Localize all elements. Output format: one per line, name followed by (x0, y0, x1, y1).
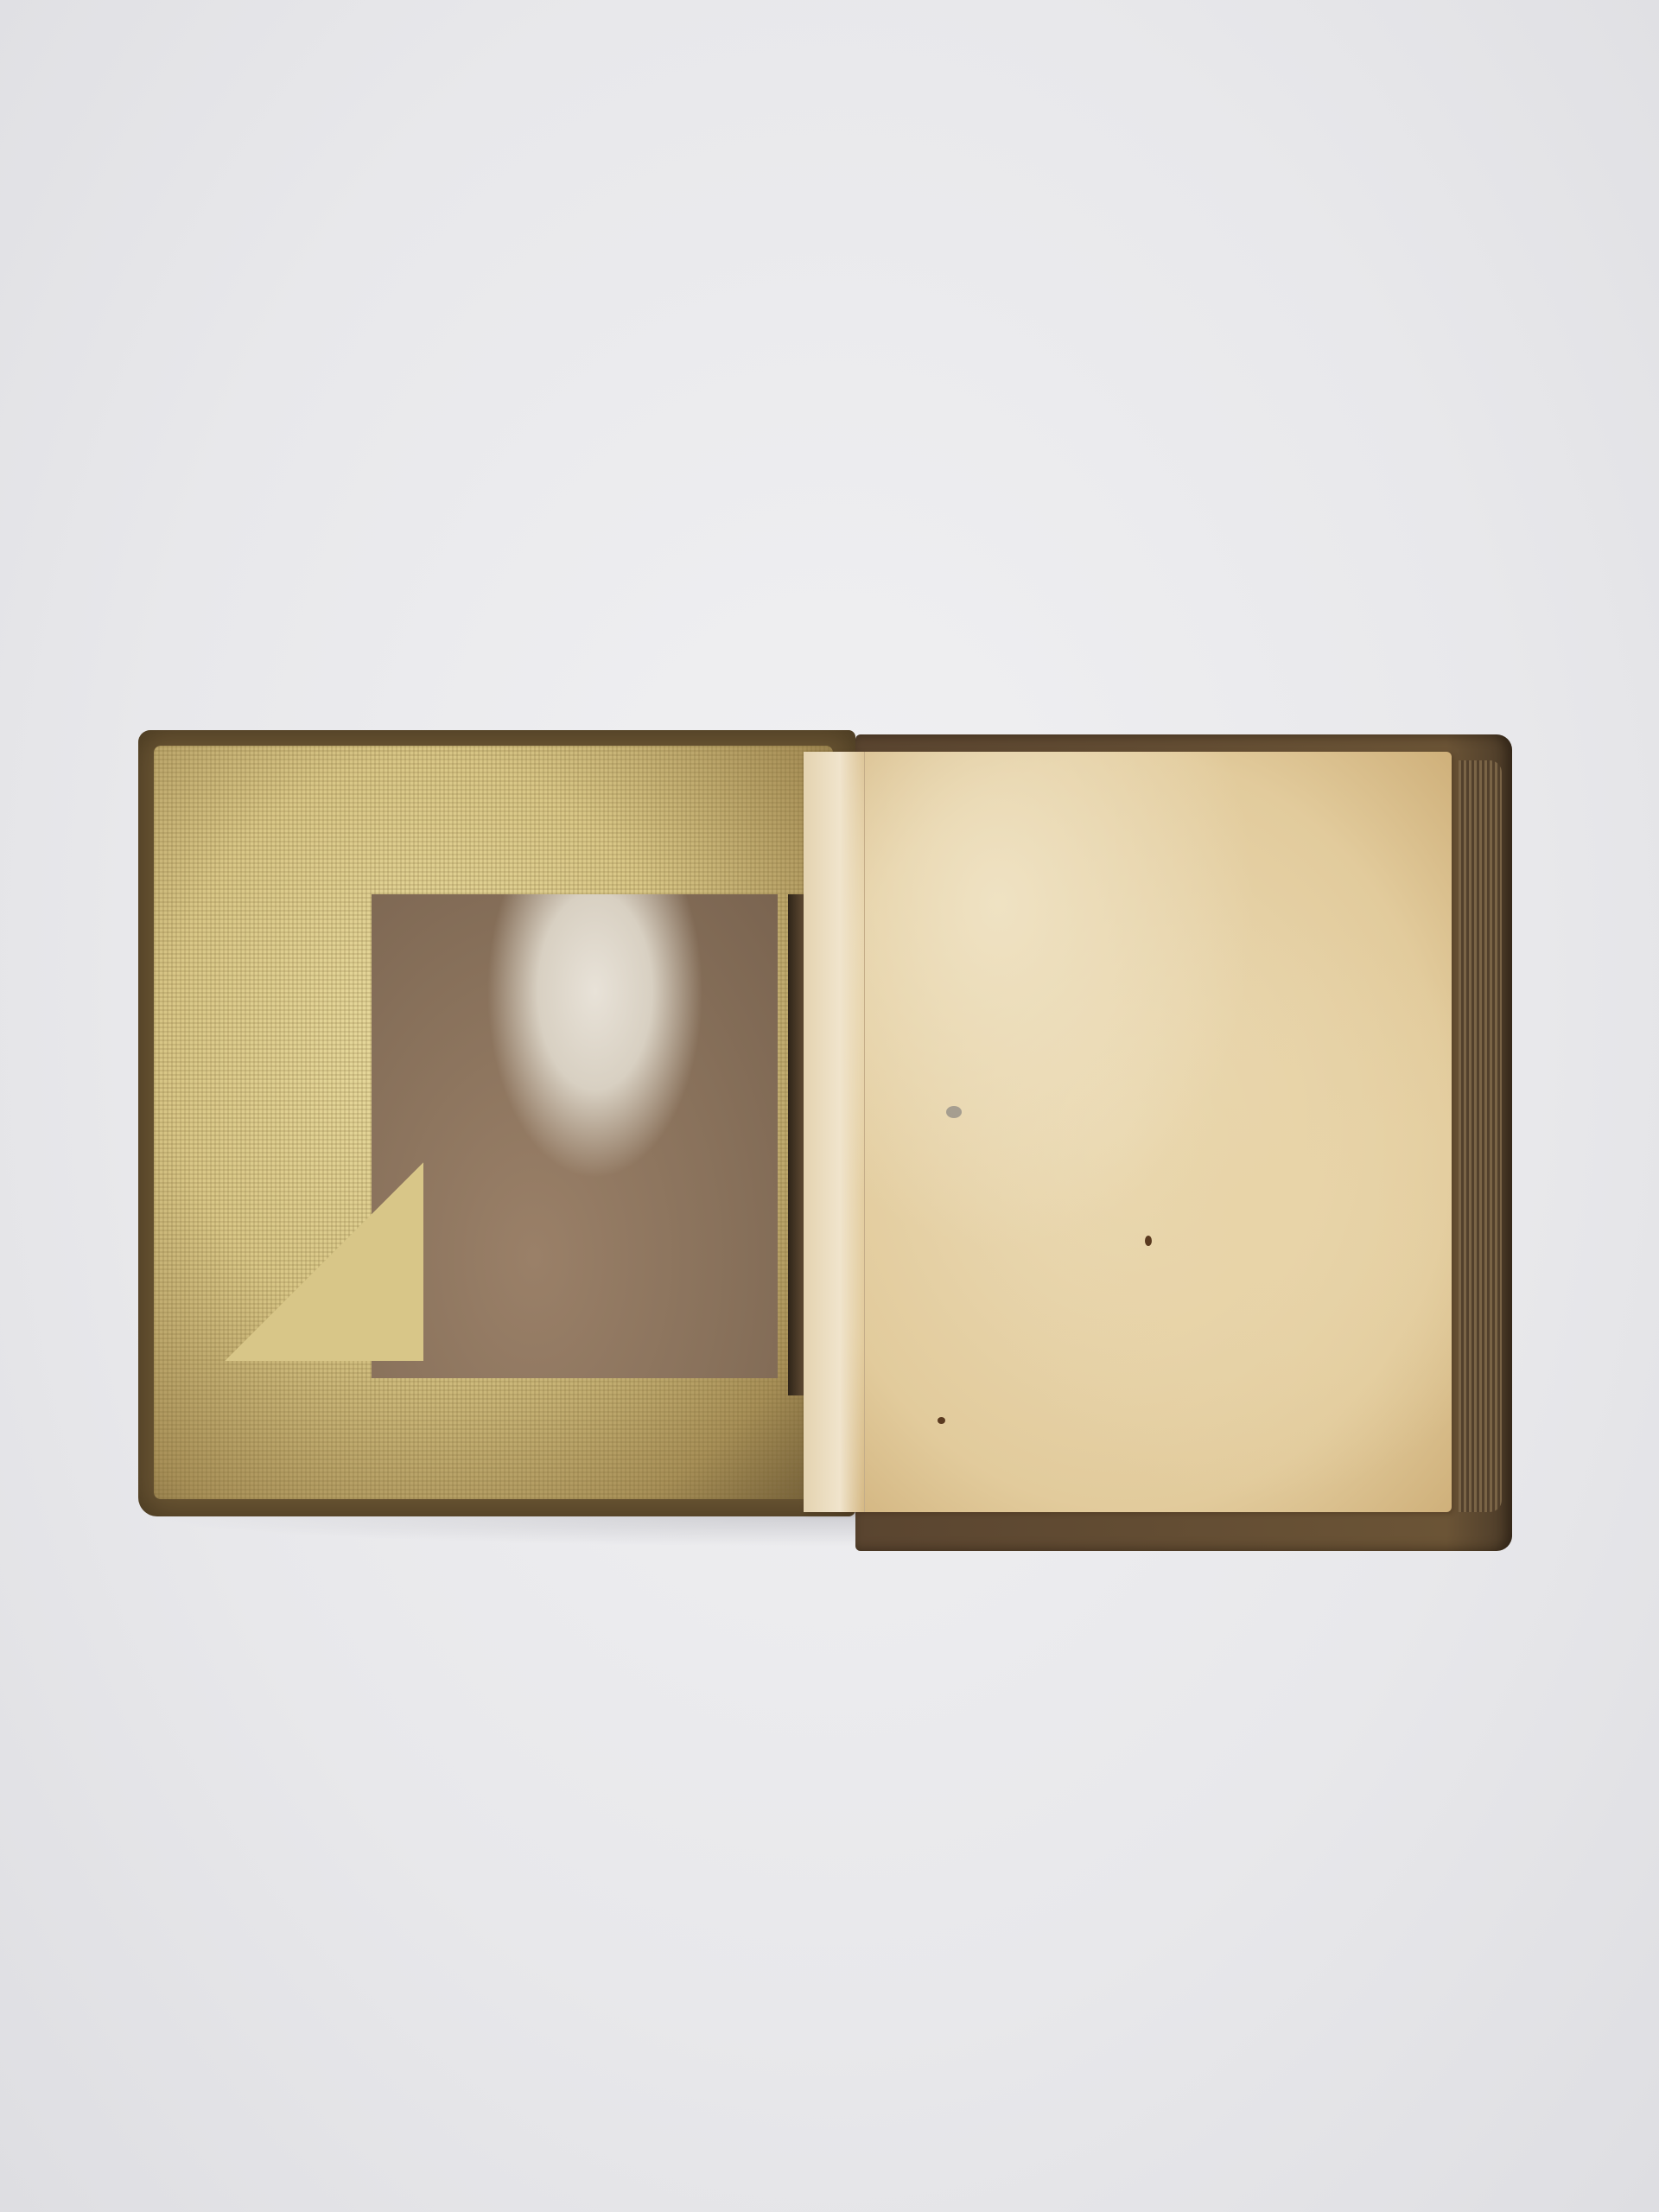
blank-endpaper (804, 752, 1452, 1512)
inside-front-cover (138, 730, 855, 1516)
text-block (855, 734, 1512, 1551)
foxing-spot (946, 1106, 962, 1118)
page-edges (1459, 760, 1502, 1512)
exposed-pasteboard (372, 894, 778, 1378)
page-hinge-fold (804, 752, 865, 1512)
cloth-corner-fold (225, 1162, 423, 1361)
photo-scene (0, 0, 1659, 2212)
foxing-spot (938, 1417, 945, 1424)
foxing-spot (1145, 1236, 1152, 1246)
